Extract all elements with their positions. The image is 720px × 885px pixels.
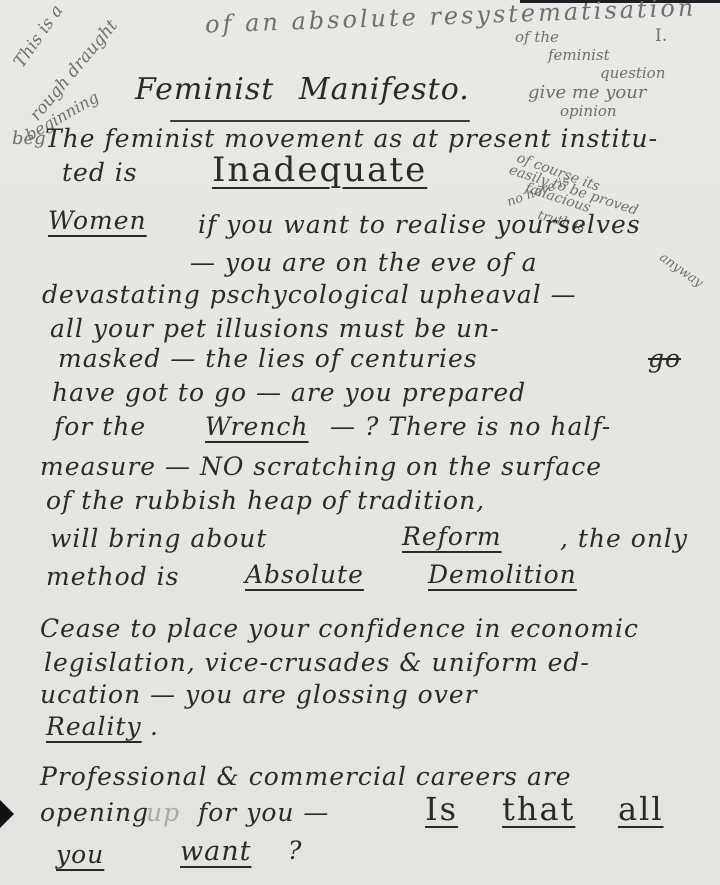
text-line: all your pet illusions must be un- [50, 314, 500, 343]
text-line: method is [46, 562, 179, 591]
roman-numeral: I. [655, 26, 667, 46]
emphasis-absolute: Absolute [245, 560, 364, 589]
text-line: — you are on the eve of a [190, 248, 538, 277]
emphasis-demolition: Demolition [428, 560, 577, 589]
text-line: will bring about [50, 524, 267, 553]
text-line: devastating pschycological upheaval — [42, 280, 577, 309]
emphasis-reform: Reform [402, 522, 502, 551]
faded-word: up [146, 798, 180, 827]
text-line: of the rubbish heap of tradition, [46, 486, 485, 515]
margin-note-right-anyway: anyway [656, 250, 705, 291]
emphasis-want: want [180, 836, 251, 867]
margin-note-top-right-5: opinion [560, 102, 617, 120]
emphasis-reality: Reality [46, 712, 142, 741]
emphasis-that: that [502, 790, 575, 828]
text-line: . [150, 712, 159, 741]
emphasis-is: Is [425, 790, 458, 828]
emphasis-inadequate: Inadequate [212, 150, 427, 190]
margin-marker: beg [12, 128, 46, 149]
page-title: Feminist Manifesto. [135, 72, 470, 107]
margin-note-top-header: of an absolute resystematisation [205, 0, 697, 39]
manuscript-page: This is a rough draught beginning of an … [0, 0, 720, 885]
title-underline [170, 120, 470, 122]
text-line: masked — the lies of centuries [58, 344, 478, 373]
text-line: Cease to place your confidence in econom… [40, 614, 639, 643]
text-line: for you — [198, 798, 329, 827]
margin-note-top-right-1: of the [515, 28, 559, 46]
text-line: if you want to realise yourselves [198, 210, 641, 239]
text-line: legislation, vice-crusades & uniform ed- [44, 648, 590, 677]
emphasis-wrench: Wrench [205, 412, 309, 441]
margin-note-left-1: This is a [10, 1, 67, 71]
text-line: ? [288, 836, 302, 865]
text-line: have got to go — are you prepared [52, 378, 526, 407]
margin-note-top-right-4: give me your [528, 82, 646, 103]
text-line: , the only [560, 524, 688, 553]
emphasis-you: you [56, 840, 104, 869]
text-line: ucation — you are glossing over [40, 680, 478, 709]
margin-note-top-right-2: feminist [548, 46, 610, 64]
struck-word: go [648, 344, 681, 373]
text-line: Professional & commercial careers are [40, 762, 572, 791]
text-line: ted is [62, 158, 138, 187]
margin-note-top-right-3: question [600, 64, 665, 82]
text-line: measure — NO scratching on the surface [40, 452, 602, 481]
emphasis-all: all [618, 790, 664, 828]
text-line: The feminist movement as at present inst… [45, 124, 658, 153]
emphasis-women: Women [48, 206, 147, 235]
text-line: — ? There is no half- [330, 412, 611, 441]
page-corner-mark [0, 800, 14, 828]
text-line: for the [54, 412, 146, 441]
text-line: opening [40, 798, 149, 827]
